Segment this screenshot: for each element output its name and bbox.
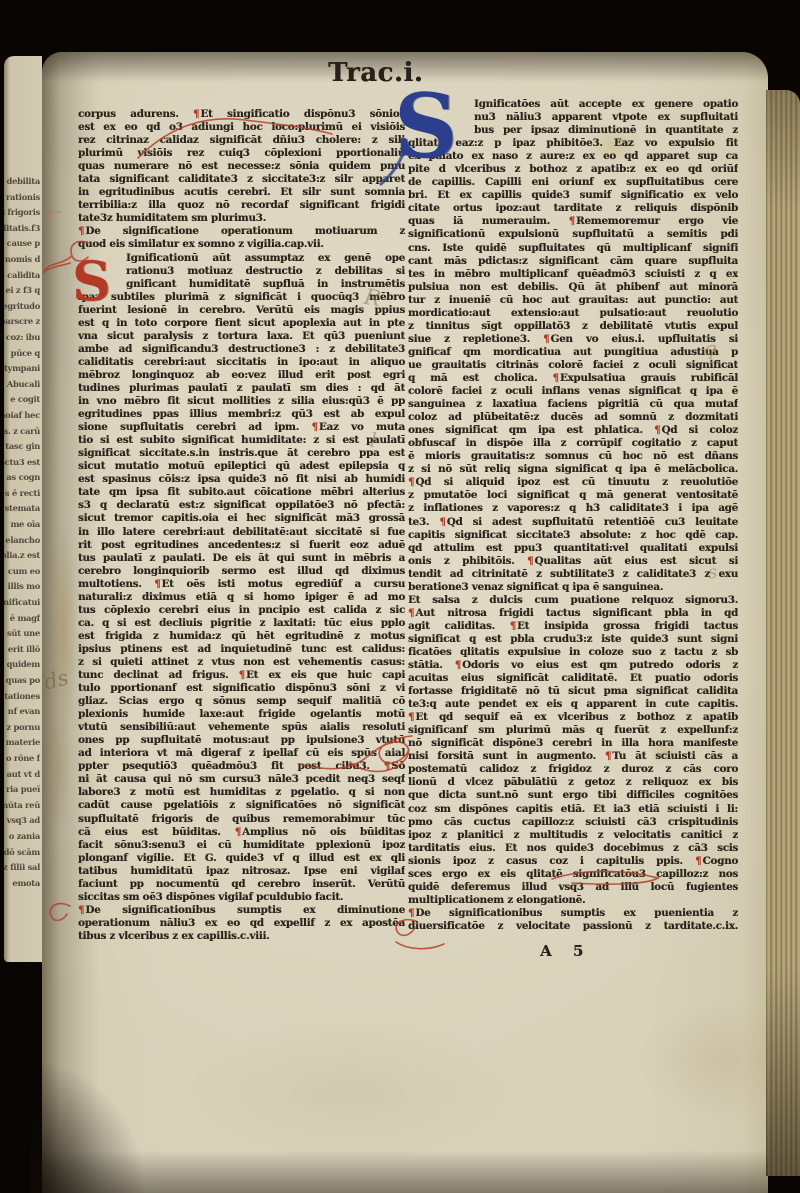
text-line: cause p bbox=[4, 236, 40, 252]
text-line: lionū d vlcez pābulātiū z getoz z reliqu… bbox=[408, 776, 738, 789]
pilcrow-rubric: ¶ bbox=[408, 476, 415, 488]
text-line: parscre z bbox=[4, 314, 40, 330]
text-line: fuerint lesionē in cerebro. Verūtū eis m… bbox=[78, 304, 405, 317]
pilcrow-rubric: ¶ bbox=[439, 516, 446, 528]
text-line: ria pueī bbox=[4, 782, 40, 798]
text-line: s3 q declaratū est:z significat oppilatō… bbox=[78, 499, 405, 512]
text-line: operationum nāliu3 ex eo qd expellif z e… bbox=[78, 917, 405, 930]
text-line: ambe ad significandu3 destructione3 : z … bbox=[78, 343, 405, 356]
text-line: egritudo bbox=[4, 299, 40, 315]
text-line: ppter psequtiō3 quēadmōu3 fit post cibu3… bbox=[78, 760, 405, 773]
text-line: debilita bbox=[4, 174, 40, 190]
text-line: nūta reū bbox=[4, 798, 40, 814]
pilcrow-rubric: ¶ bbox=[455, 659, 462, 671]
text-line: cns. Iste quidē supfluitates qū multipli… bbox=[408, 242, 738, 255]
text-line: cerebro longinquiorib sermo est illud qd… bbox=[78, 565, 405, 578]
text-line: postematū calidoz z frigidoz z duroz z c… bbox=[408, 763, 738, 776]
text-line: tulo pportionanf est significatio dispōn… bbox=[78, 682, 405, 695]
text-line: z pmutatōe loci significat q mā generat … bbox=[408, 489, 738, 502]
pilcrow-rubric: ¶ bbox=[154, 578, 161, 590]
text-line: cant mās pdictas:z significant cām quare… bbox=[408, 255, 738, 268]
text-line: elancho bbox=[4, 533, 40, 549]
pilcrow-rubric: ¶ bbox=[78, 225, 85, 237]
text-line: acuitas eius significāt caliditatē. Et p… bbox=[408, 672, 738, 685]
text-line: nf evan bbox=[4, 704, 40, 720]
text-line: coloz ad plūbeitatē:z ducēs ad somnū z d… bbox=[408, 411, 738, 424]
text-line: tes in mēbro multiplicanf quēadmō3 sciui… bbox=[408, 268, 738, 281]
text-line: q mā est cholica. ¶Expulsatiua grauis ru… bbox=[408, 372, 738, 385]
text-line: ipaz subtiles plurimā z significāt i quo… bbox=[78, 291, 405, 304]
text-line: rationu3 motiuaz destructio z debilitas … bbox=[78, 265, 405, 278]
text-line: citate ortus ipoz:aut tarditate z reliqu… bbox=[408, 202, 738, 215]
text-line: s ē recti bbox=[4, 486, 40, 502]
text-line: o zania bbox=[4, 829, 40, 845]
text-line: nō significāt dispōne3 cerebri in illa h… bbox=[408, 737, 738, 750]
text-line: mēbroz longinquoz ab eo:vez illud erit p… bbox=[78, 369, 405, 382]
text-line: tationes bbox=[4, 689, 40, 705]
text-line: multotiens. ¶Et oēs isti motus egrediūf … bbox=[78, 578, 405, 591]
pilcrow-rubric: ¶ bbox=[552, 372, 559, 384]
red-lombard-initial: S bbox=[72, 254, 111, 308]
text-line: ipoz z planitici z multitudis z velocita… bbox=[408, 829, 738, 842]
text-line: tur z inueniē cū hoc aut grauitas: aut p… bbox=[408, 294, 738, 307]
pilcrow-rubric: ¶ bbox=[78, 904, 85, 916]
text-line: nificatui bbox=[4, 595, 40, 611]
text-line: sicut mutatio motuū epileptici qū adest … bbox=[78, 460, 405, 473]
text-line: caliditatis cerebri:aut siccitatis in ip… bbox=[78, 356, 405, 369]
text-line: Abucali bbox=[4, 377, 40, 393]
text-line: est ex eo qd o3 adiungi hoc loco:plurimū… bbox=[78, 121, 405, 134]
text-line: z si nō sūt reliq signa significat q ipa… bbox=[408, 463, 738, 476]
text-line: Et salsa z dulcis cum puatione relquoz s… bbox=[408, 594, 738, 607]
text-line: dō scām bbox=[4, 845, 40, 861]
text-line: pūce q bbox=[4, 346, 40, 362]
text-line: tata significant caliditate3 z siccitate… bbox=[78, 173, 405, 186]
pilcrow-rubric: ¶ bbox=[408, 907, 415, 919]
text-line: gnificaf qm mordicatiua aut pungitiua ad… bbox=[408, 346, 738, 359]
text-line: z pornu bbox=[4, 720, 40, 736]
text-line: ipsius ptinens est ad inquietudinē tunc … bbox=[78, 643, 405, 656]
text-line: fortasse frigiditatē nō tū sicut pma sig… bbox=[408, 685, 738, 698]
text-line: est frigida z humida:z qū hēt egritudinē… bbox=[78, 630, 405, 643]
facing-page-edge: debilitarationiss frigorislitatis.f3caus… bbox=[4, 56, 42, 962]
text-line: sces ergo ex eis qlitatē significatōu3 c… bbox=[408, 868, 738, 881]
text-line: ē magf bbox=[4, 611, 40, 627]
text-line: o rōne f bbox=[4, 751, 40, 767]
text-line: sionis ipoz z casus coz i capitulis ppis… bbox=[408, 855, 738, 868]
text-line: cadūt cause pgelatiōis z significatōes n… bbox=[78, 799, 405, 812]
text-line: est spasinus cōis:z ipsa quide3 nō fit n… bbox=[78, 473, 405, 486]
text-line: multiplicationem z elongationē. bbox=[408, 894, 738, 907]
text-line: in illo latere cerebri:aut debilitatē:au… bbox=[78, 526, 405, 539]
text-line: rationis bbox=[4, 190, 40, 206]
text-line: siue z repletione3. ¶Gen vo eius.i. upfl… bbox=[408, 333, 738, 346]
text-line: tibus z vlceribus z ex capillis.c.viii. bbox=[78, 930, 405, 943]
text-line: ones pp supfluitatē motus:aut pp ipulsio… bbox=[78, 734, 405, 747]
text-line: plexionis humide laxe:aut frigide ogelan… bbox=[78, 708, 405, 721]
text-line: plonganf vigilie. Et G. quide3 vf q illu… bbox=[78, 852, 405, 865]
text-line: tasc gin bbox=[4, 439, 40, 455]
text-line: tarditatis eius. Et nos quide3 docebimus… bbox=[408, 842, 738, 855]
text-line: onis z phibitōis. ¶Qualitas aūt eius est… bbox=[408, 555, 738, 568]
text-line: materie bbox=[4, 735, 40, 751]
text-line: est q in toto corpore fient sicut apople… bbox=[78, 317, 405, 330]
text-line: bri. Et ex capillis quide3 sumif signifi… bbox=[408, 189, 738, 202]
text-line: gliaz. Scias ergo q sōnus semp sequif ma… bbox=[78, 695, 405, 708]
text-line: s frigoris bbox=[4, 205, 40, 221]
text-line: in egritudinibus acutis cerebri. Et silr… bbox=[78, 186, 405, 199]
text-line: tendit ad citrinitatē z subtilitate3 z c… bbox=[408, 568, 738, 581]
text-line: vsq3 ad bbox=[4, 813, 40, 829]
text-line: ¶Aut nitrosa frigidi tactus significant … bbox=[408, 607, 738, 620]
text-line: tate qm ipsa fit subito.aut cōicatione m… bbox=[78, 486, 405, 499]
text-line: ē mioris grauitatis:z somnus cū hoc nō e… bbox=[408, 450, 738, 463]
text-line: capitis significat siccitate3 absolute: … bbox=[408, 529, 738, 542]
pilcrow-rubric: ¶ bbox=[569, 215, 576, 227]
text-line: siccitas sm oē3 dispōnes vigilaf pculdub… bbox=[78, 891, 405, 904]
text-line: quidē deferemus illud vsq3 ad illū locū … bbox=[408, 881, 738, 894]
pilcrow-rubric: ¶ bbox=[408, 607, 415, 619]
text-line: ficatōes qlitatis expulsiue in coloze su… bbox=[408, 646, 738, 659]
text-line: aut vt d bbox=[4, 767, 40, 783]
text-line: ¶De significationibus sumptis ex puenien… bbox=[408, 907, 738, 920]
blue-lombard-initial: S bbox=[394, 82, 458, 170]
text-line: significat q est pbla crudu3:z iste quid… bbox=[408, 633, 738, 646]
pilcrow-rubric: ¶ bbox=[510, 620, 517, 632]
text-line: tus cōplexio cerebri eius in pncipio est… bbox=[78, 604, 405, 617]
marginal-ink-mark: o~ bbox=[43, 205, 64, 222]
text-line: agit caliditas. ¶Et insipida grossa frig… bbox=[408, 620, 738, 633]
text-line: plurimū visiōis rez cuiq3 cōplexioni ppo… bbox=[78, 147, 405, 160]
text-line: a. z carū bbox=[4, 424, 40, 440]
text-line: e cogit bbox=[4, 392, 40, 408]
text-line: quidem bbox=[4, 657, 40, 673]
text-line: emota bbox=[4, 876, 40, 892]
pilcrow-rubric: ¶ bbox=[408, 711, 415, 723]
pilcrow-rubric: ¶ bbox=[695, 855, 702, 867]
text-line: quas po bbox=[4, 673, 40, 689]
text-line: naturali:z diximus etiā q si homo ipiger… bbox=[78, 591, 405, 604]
text-line: illis mo bbox=[4, 579, 40, 595]
text-line: quas numerare nō est necesse:z sōnia qui… bbox=[78, 160, 405, 173]
text-line: olia.z est bbox=[4, 548, 40, 564]
text-line: terribilia:z illa quoz nō recordaf signi… bbox=[78, 199, 405, 212]
pilcrow-rubric: ¶ bbox=[384, 760, 391, 772]
pilcrow-rubric: ¶ bbox=[605, 750, 612, 762]
text-line: in vno mēbro fit sicut mollities z silia… bbox=[78, 395, 405, 408]
text-line: octu3 est bbox=[4, 455, 40, 471]
text-line: cā eius est būiditas. ¶Amplius nō ois bū… bbox=[78, 826, 405, 839]
text-line: ni āt causa qui nō sm cursu3 nāle3 pcedi… bbox=[78, 773, 405, 786]
text-line: z tinnitus sīgt oppillatō3 z debilitatē … bbox=[408, 320, 738, 333]
pilcrow-rubric: ¶ bbox=[312, 421, 319, 433]
text-line: stemata bbox=[4, 501, 40, 517]
text-line: ¶De significatione operationum motiuarum… bbox=[78, 225, 405, 238]
text-line: ca. q si est decliuis pigritie z laxitat… bbox=[78, 617, 405, 630]
pilcrow-rubric: ¶ bbox=[527, 555, 534, 567]
text-line: tunc declinat ad frigus. ¶Et ex eis que … bbox=[78, 669, 405, 682]
text-line: ei z f3 q bbox=[4, 283, 40, 299]
text-line: rez citrinaz calidaz significāt dñiu3 ch… bbox=[78, 134, 405, 147]
text-line: quod eis similatur ex somno z vigilia.ca… bbox=[78, 238, 405, 251]
text-line: supfluitatē frigoris de quibus rememorab… bbox=[78, 813, 405, 826]
text-line: Ignificationū aūt assumptaz ex genē ope bbox=[78, 252, 405, 265]
text-line: nomis d bbox=[4, 252, 40, 268]
text-line: de capillis. Capilli eni oriunf ex supfl… bbox=[408, 176, 738, 189]
pilcrow-rubric: ¶ bbox=[239, 669, 246, 681]
text-line: ¶Et qd sequif eā ex vlceribus z bothoz z… bbox=[408, 711, 738, 724]
text-line: ¶De significationibus sumptis ex diminut… bbox=[78, 904, 405, 917]
text-line: tio si est subito significat humiditate:… bbox=[78, 434, 405, 447]
text-line: significationū expulsionū supfluitatū a … bbox=[408, 228, 738, 241]
text-line: tudines plurimas paulatī z paulatī sm di… bbox=[78, 382, 405, 395]
text-line: diuersificatōe z velocitate passionū z t… bbox=[408, 920, 738, 933]
text-line: ē calidita bbox=[4, 268, 40, 284]
book-fore-edge bbox=[766, 90, 800, 1176]
text-line: facit sōnu3:senu3 ei cū humiditate pplex… bbox=[78, 839, 405, 852]
text-line: vna sicut paralysis z tortura laxa. Et q… bbox=[78, 330, 405, 343]
text-line: beratione3 venaz significat q ipa ē sang… bbox=[408, 581, 738, 594]
text-line: sanguinea z laxatiua faciens pigritiā cū… bbox=[408, 398, 738, 411]
text-line: qd attulim est ppu3 quantitati:vel quali… bbox=[408, 542, 738, 555]
text-line: significanf sm plurimū mās q fuerūt z ex… bbox=[408, 724, 738, 737]
text-line: sione supfluitatis cerebri ad ipm. ¶Eaz … bbox=[78, 421, 405, 434]
text-column-left: corpus adurens. ¶Et singificatio dispōnu… bbox=[78, 108, 405, 943]
text-line: ones significat qm ipa est phlatica. ¶Qd… bbox=[408, 424, 738, 437]
text-line: colorē faciei z oculi inflans venas sign… bbox=[408, 385, 738, 398]
text-line: tus paulatī z paulati. De eis āt qui sun… bbox=[78, 552, 405, 565]
text-line: z si quieti attinet z vtus non est vehem… bbox=[78, 656, 405, 669]
text-line: pulsiua non est debilis. Qū āt phibenf a… bbox=[408, 281, 738, 294]
signature-mark: A 5 bbox=[540, 942, 583, 960]
text-line: litatis.f3 bbox=[4, 221, 40, 237]
text-line: erit illō bbox=[4, 642, 40, 658]
text-line: tympani bbox=[4, 361, 40, 377]
text-line: te3:q aute pendet ex eis q apparent in c… bbox=[408, 698, 738, 711]
text-line: mordicatio:aut extensio:aut pulsatio:aut… bbox=[408, 307, 738, 320]
text-line: ¶Qd si aliquid ipoz est cū tinuutu z reu… bbox=[408, 476, 738, 489]
text-line: z inflationes z vapores:z q h3 caliditat… bbox=[408, 502, 738, 515]
text-line: quas iā numerauim. ¶Rememoremur ergo vie bbox=[408, 215, 738, 228]
text-line: rit post egritudines ancedentes:z si fue… bbox=[78, 539, 405, 552]
text-line: labore3 z motū est humiditas z pgelatio.… bbox=[78, 786, 405, 799]
text-line: gnificant humiditatē supfluā in instrumē… bbox=[78, 278, 405, 291]
pilcrow-rubric: ¶ bbox=[193, 108, 200, 120]
text-line: egritudines ppas illius membri:z qū3 est… bbox=[78, 408, 405, 421]
pilcrow-rubric: ¶ bbox=[654, 424, 661, 436]
text-line: nisi forsitā sunt in augmento. ¶Tu āt sc… bbox=[408, 750, 738, 763]
text-line: cum eo bbox=[4, 564, 40, 580]
text-line: que dicta sunt.nō sunt ergo tibi diffici… bbox=[408, 789, 738, 802]
text-line: sūt une bbox=[4, 626, 40, 642]
text-line: pmo cās cuctus capilloz:z sciuisti cā3 c… bbox=[408, 816, 738, 829]
text-line: te3. ¶Qd si adest supfluitatū retentiōē … bbox=[408, 516, 738, 529]
text-line: tate3z humiditatem sm plurimu3. bbox=[78, 212, 405, 225]
text-column-right: Ignificatōes aūt accepte ex genere opati… bbox=[408, 98, 738, 933]
text-line: stātia. ¶Odoris vo eius est qm putredo o… bbox=[408, 659, 738, 672]
text-line: faciunt pp nocumentū qd cerebro inserūt.… bbox=[78, 878, 405, 891]
pilcrow-rubric: ¶ bbox=[543, 333, 550, 345]
text-line: coz: ibu bbox=[4, 330, 40, 346]
text-line: corpus adurens. ¶Et singificatio dispōnu… bbox=[78, 108, 405, 121]
text-line: significat siccitate.s.in instris.que āt… bbox=[78, 447, 405, 460]
text-line: obfuscaf in dispōe illa z corrūpif cogit… bbox=[408, 437, 738, 450]
text-line: sicut tremor capitis.oia ei hec signific… bbox=[78, 512, 405, 525]
text-line: me oīa bbox=[4, 517, 40, 533]
pilcrow-rubric: ¶ bbox=[235, 826, 242, 838]
text-line: as cogn bbox=[4, 470, 40, 486]
text-line: vtutū sensibiliū:aut vehemente spūs aial… bbox=[78, 721, 405, 734]
text-line: tatibus humiditatū ipaz nitrosaz. Ipse e… bbox=[78, 865, 405, 878]
text-line: ad interiora vt mā digeraf z ipellaf cū … bbox=[78, 747, 405, 760]
text-line: noiaf hec bbox=[4, 408, 40, 424]
book-photograph: { "running_title": "Trac.i.", "signature… bbox=[0, 0, 800, 1193]
facing-page-text-fragments: debilitarationiss frigorislitatis.f3caus… bbox=[4, 174, 40, 891]
text-line: coz sm dispōnes capitis etiā. Et ia3 eti… bbox=[408, 803, 738, 816]
text-line: ue grauitatis citrinās colorē faciei z o… bbox=[408, 359, 738, 372]
text-line: z filii sal bbox=[4, 860, 40, 876]
